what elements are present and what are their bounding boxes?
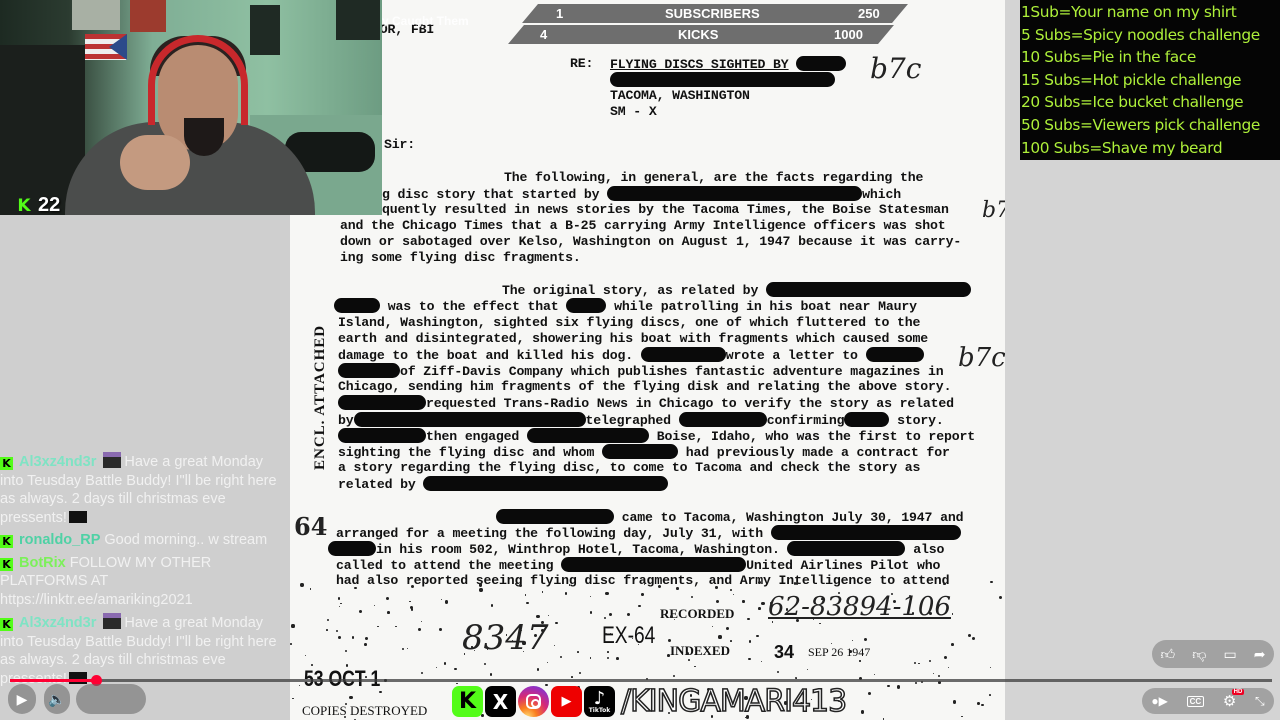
annotation: b7 <box>982 198 1005 223</box>
challenge-item: 1Sub=Your name on my shirt <box>1021 1 1280 24</box>
annotation: 8347 <box>462 618 549 658</box>
doc-line: and the Chicago Times that a B-25 carryi… <box>340 218 946 233</box>
chat-username[interactable]: Al3xz4nd3r <box>19 615 96 631</box>
annotation: 64 <box>294 512 327 541</box>
action-bar: 👍︎ 👎︎ ▭ ➦ <box>1152 640 1274 668</box>
doc-re-subject: FLYING DISCS SIGHTED BY <box>610 57 789 72</box>
time-display <box>76 684 146 714</box>
kick-badge-icon: K <box>0 535 13 548</box>
emote-icon <box>69 511 87 523</box>
volume-button[interactable]: 🔈 <box>44 684 70 714</box>
tiktok-icon: ♪TikTok <box>584 686 615 717</box>
doc-re-label: RE: <box>570 56 593 71</box>
kick-badge-icon: K <box>0 618 13 631</box>
doc-line: earth and disintegrated, showering his b… <box>338 331 928 346</box>
doc-line: quently resulted in news stories by the … <box>382 202 949 217</box>
like-icon[interactable]: 👍︎ <box>1161 646 1176 663</box>
kick-badge-icon: K <box>0 558 13 571</box>
doc-line: down or sabotaged over Kelso, Washington… <box>340 234 961 249</box>
autoplay-toggle[interactable]: ●▶ <box>1151 694 1167 708</box>
stamp-ex: EX-64 <box>602 622 655 650</box>
challenge-item: 5 Subs=Spicy noodles challenge <box>1021 24 1280 47</box>
play-button[interactable]: ▶ <box>8 684 36 714</box>
kick-badge-icon: K <box>0 457 13 470</box>
goal-subscribers: 1 SUBSCRIBERS 250 <box>522 4 908 23</box>
hd-badge: HD <box>1232 689 1245 695</box>
doc-line: The following, in general, are the facts… <box>504 170 923 185</box>
doc-line: had also reported seeing flying disc fra… <box>336 573 949 588</box>
stamp-indexed: INDEXED <box>670 643 730 659</box>
doc-line: Island, Washington, sighted six flying d… <box>338 315 920 330</box>
copies-destroyed: COPIES DESTROYED <box>302 703 427 719</box>
chat-message: KBotRixFOLLOW MY OTHER PLATFORMS AT http… <box>0 554 290 610</box>
settings-button[interactable]: ⚙HD <box>1223 692 1236 710</box>
emote-icon <box>103 452 121 468</box>
comment-icon[interactable]: ▭ <box>1223 646 1236 663</box>
chat-username[interactable]: ronaldo_RP <box>19 532 100 548</box>
captions-button[interactable]: CC <box>1187 696 1205 707</box>
doc-location: TACOMA, WASHINGTON <box>610 88 750 103</box>
goal-kicks: 4 KICKS 1000 <box>508 25 894 44</box>
challenge-item: 10 Subs=Pie in the face <box>1021 46 1280 69</box>
doc-line: ing some flying disc fragments. <box>340 250 581 265</box>
instagram-icon <box>518 686 549 717</box>
chat-text: Good morning.. w stream <box>104 532 267 548</box>
doc-margin-stamp: ENCL. ATTACHED <box>312 325 329 470</box>
viewer-count: K 22 <box>14 194 60 215</box>
chat-message: KAl3xz4nd3rHave a great Monday into Teus… <box>0 613 290 688</box>
challenge-item: 50 Subs=Viewers pick challenge <box>1021 114 1280 137</box>
chat-message: Kronaldo_RPGood morning.. w stream <box>0 531 290 550</box>
doc-classification: SM - X <box>610 104 657 119</box>
social-bar: K X ▶ ♪TikTok /KINGAMARI413 <box>452 684 846 719</box>
youtube-icon: ▶ <box>551 686 582 717</box>
share-icon[interactable]: ➦ <box>1254 646 1266 663</box>
video-title-fragment: y Caught Them <box>382 14 469 28</box>
play-icon: ▶ <box>17 691 28 708</box>
doc-line: a story regarding the flying disc, to co… <box>338 460 920 475</box>
challenge-item: 15 Subs=Hot pickle challenge <box>1021 69 1280 92</box>
annotation: b7c <box>870 52 921 85</box>
player-controls: ●▶ CC ⚙HD ⤡ <box>1142 688 1274 714</box>
file-number: 62-83894-106 <box>768 592 951 622</box>
x-icon: X <box>485 686 516 717</box>
webcam-feed: K 22 <box>0 0 382 215</box>
challenge-item: 100 Subs=Shave my beard <box>1021 137 1280 160</box>
chat-message: KAl3xz4nd3rHave a great Monday into Teus… <box>0 452 290 527</box>
sub-challenges-list: 1Sub=Your name on my shirt5 Subs=Spicy n… <box>1020 0 1280 160</box>
volume-icon: 🔈 <box>48 691 65 708</box>
dislike-icon[interactable]: 👎︎ <box>1192 646 1206 663</box>
challenge-item: 20 Subs=Ice bucket challenge <box>1021 91 1280 114</box>
kick-icon: K <box>452 686 483 717</box>
social-handle: /KINGAMARI413 <box>621 684 846 719</box>
emote-icon <box>103 613 121 629</box>
chat-username[interactable]: BotRix <box>19 555 66 571</box>
viewer-count-value: 22 <box>38 194 60 215</box>
puerto-rico-flag <box>85 34 127 60</box>
headset <box>148 35 248 125</box>
annotation: b7c <box>958 343 1005 373</box>
fbi-document: TOR, FBI RE: FLYING DISCS SIGHTED BY TAC… <box>290 0 1005 720</box>
chat-panel: KAl3xz4nd3rHave a great Monday into Teus… <box>0 452 290 692</box>
stamp-34: 34 <box>774 642 794 663</box>
doc-salutation: Sir: <box>384 137 415 152</box>
exit-fullscreen-icon[interactable]: ⤡ <box>1255 694 1265 709</box>
doc-line: Chicago, sending him fragments of the fl… <box>338 379 951 394</box>
progress-bar[interactable] <box>10 679 1272 682</box>
kick-icon: K <box>14 196 34 216</box>
stamp-date: SEP 26 1947 <box>808 645 870 660</box>
chat-username[interactable]: Al3xz4nd3r <box>19 454 96 470</box>
gear-icon: ⚙ <box>1223 693 1236 710</box>
